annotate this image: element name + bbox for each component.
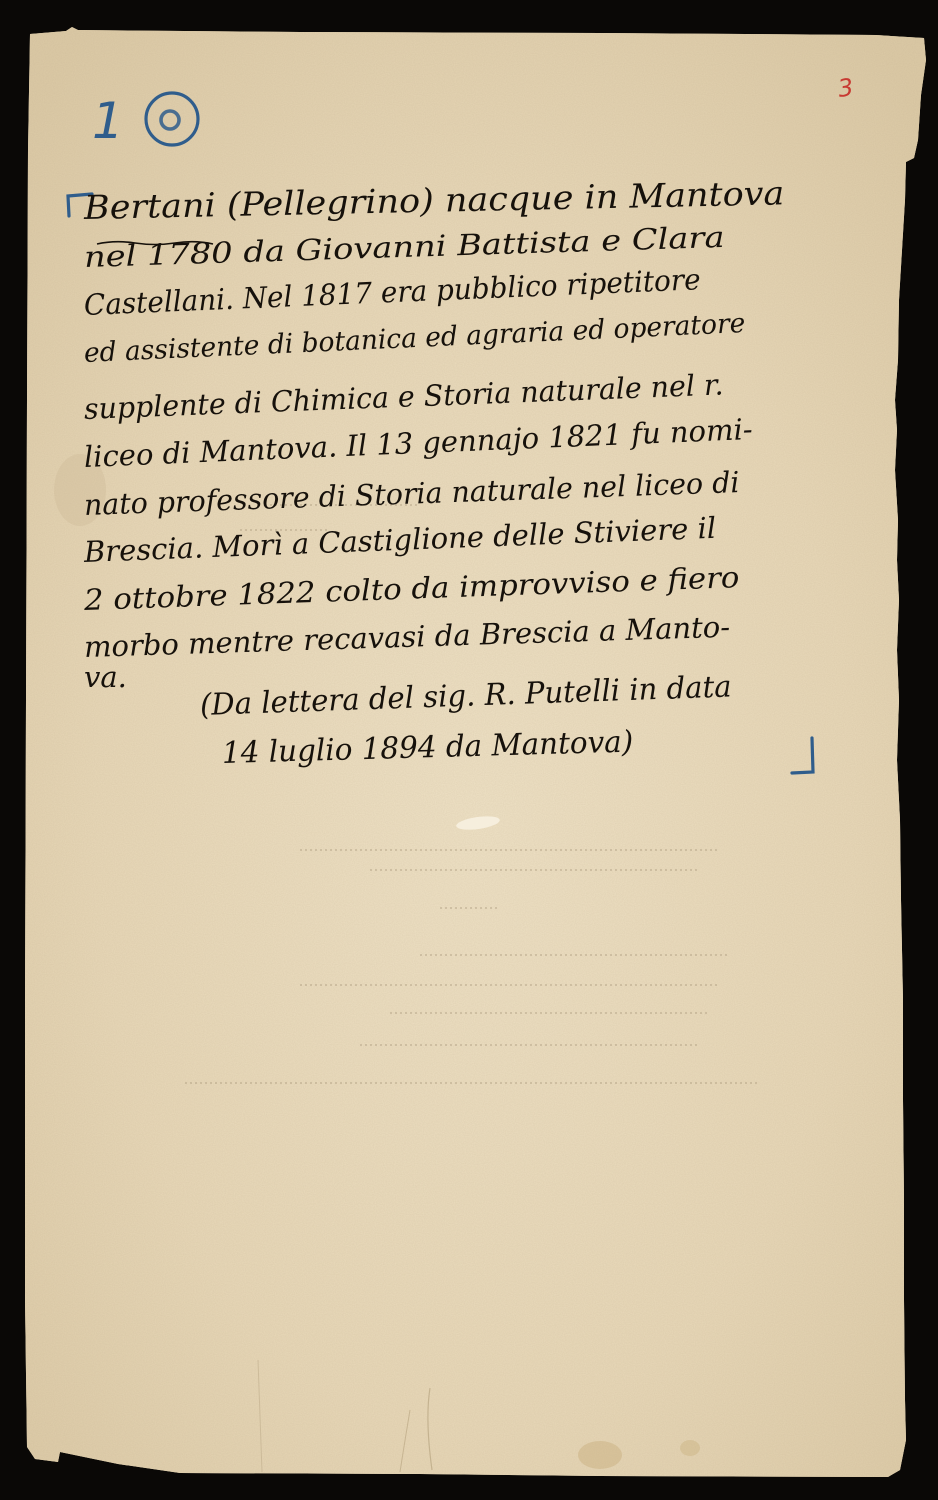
folio-number-prefix: 1 [92,92,124,150]
document-scan: 1 3 Bertani (Pellegrino) nacque in Manto… [0,0,938,1500]
note-line-11: va. [84,660,127,694]
circled-folio-number-icon [140,86,204,150]
close-bracket-mark-icon [790,736,820,776]
